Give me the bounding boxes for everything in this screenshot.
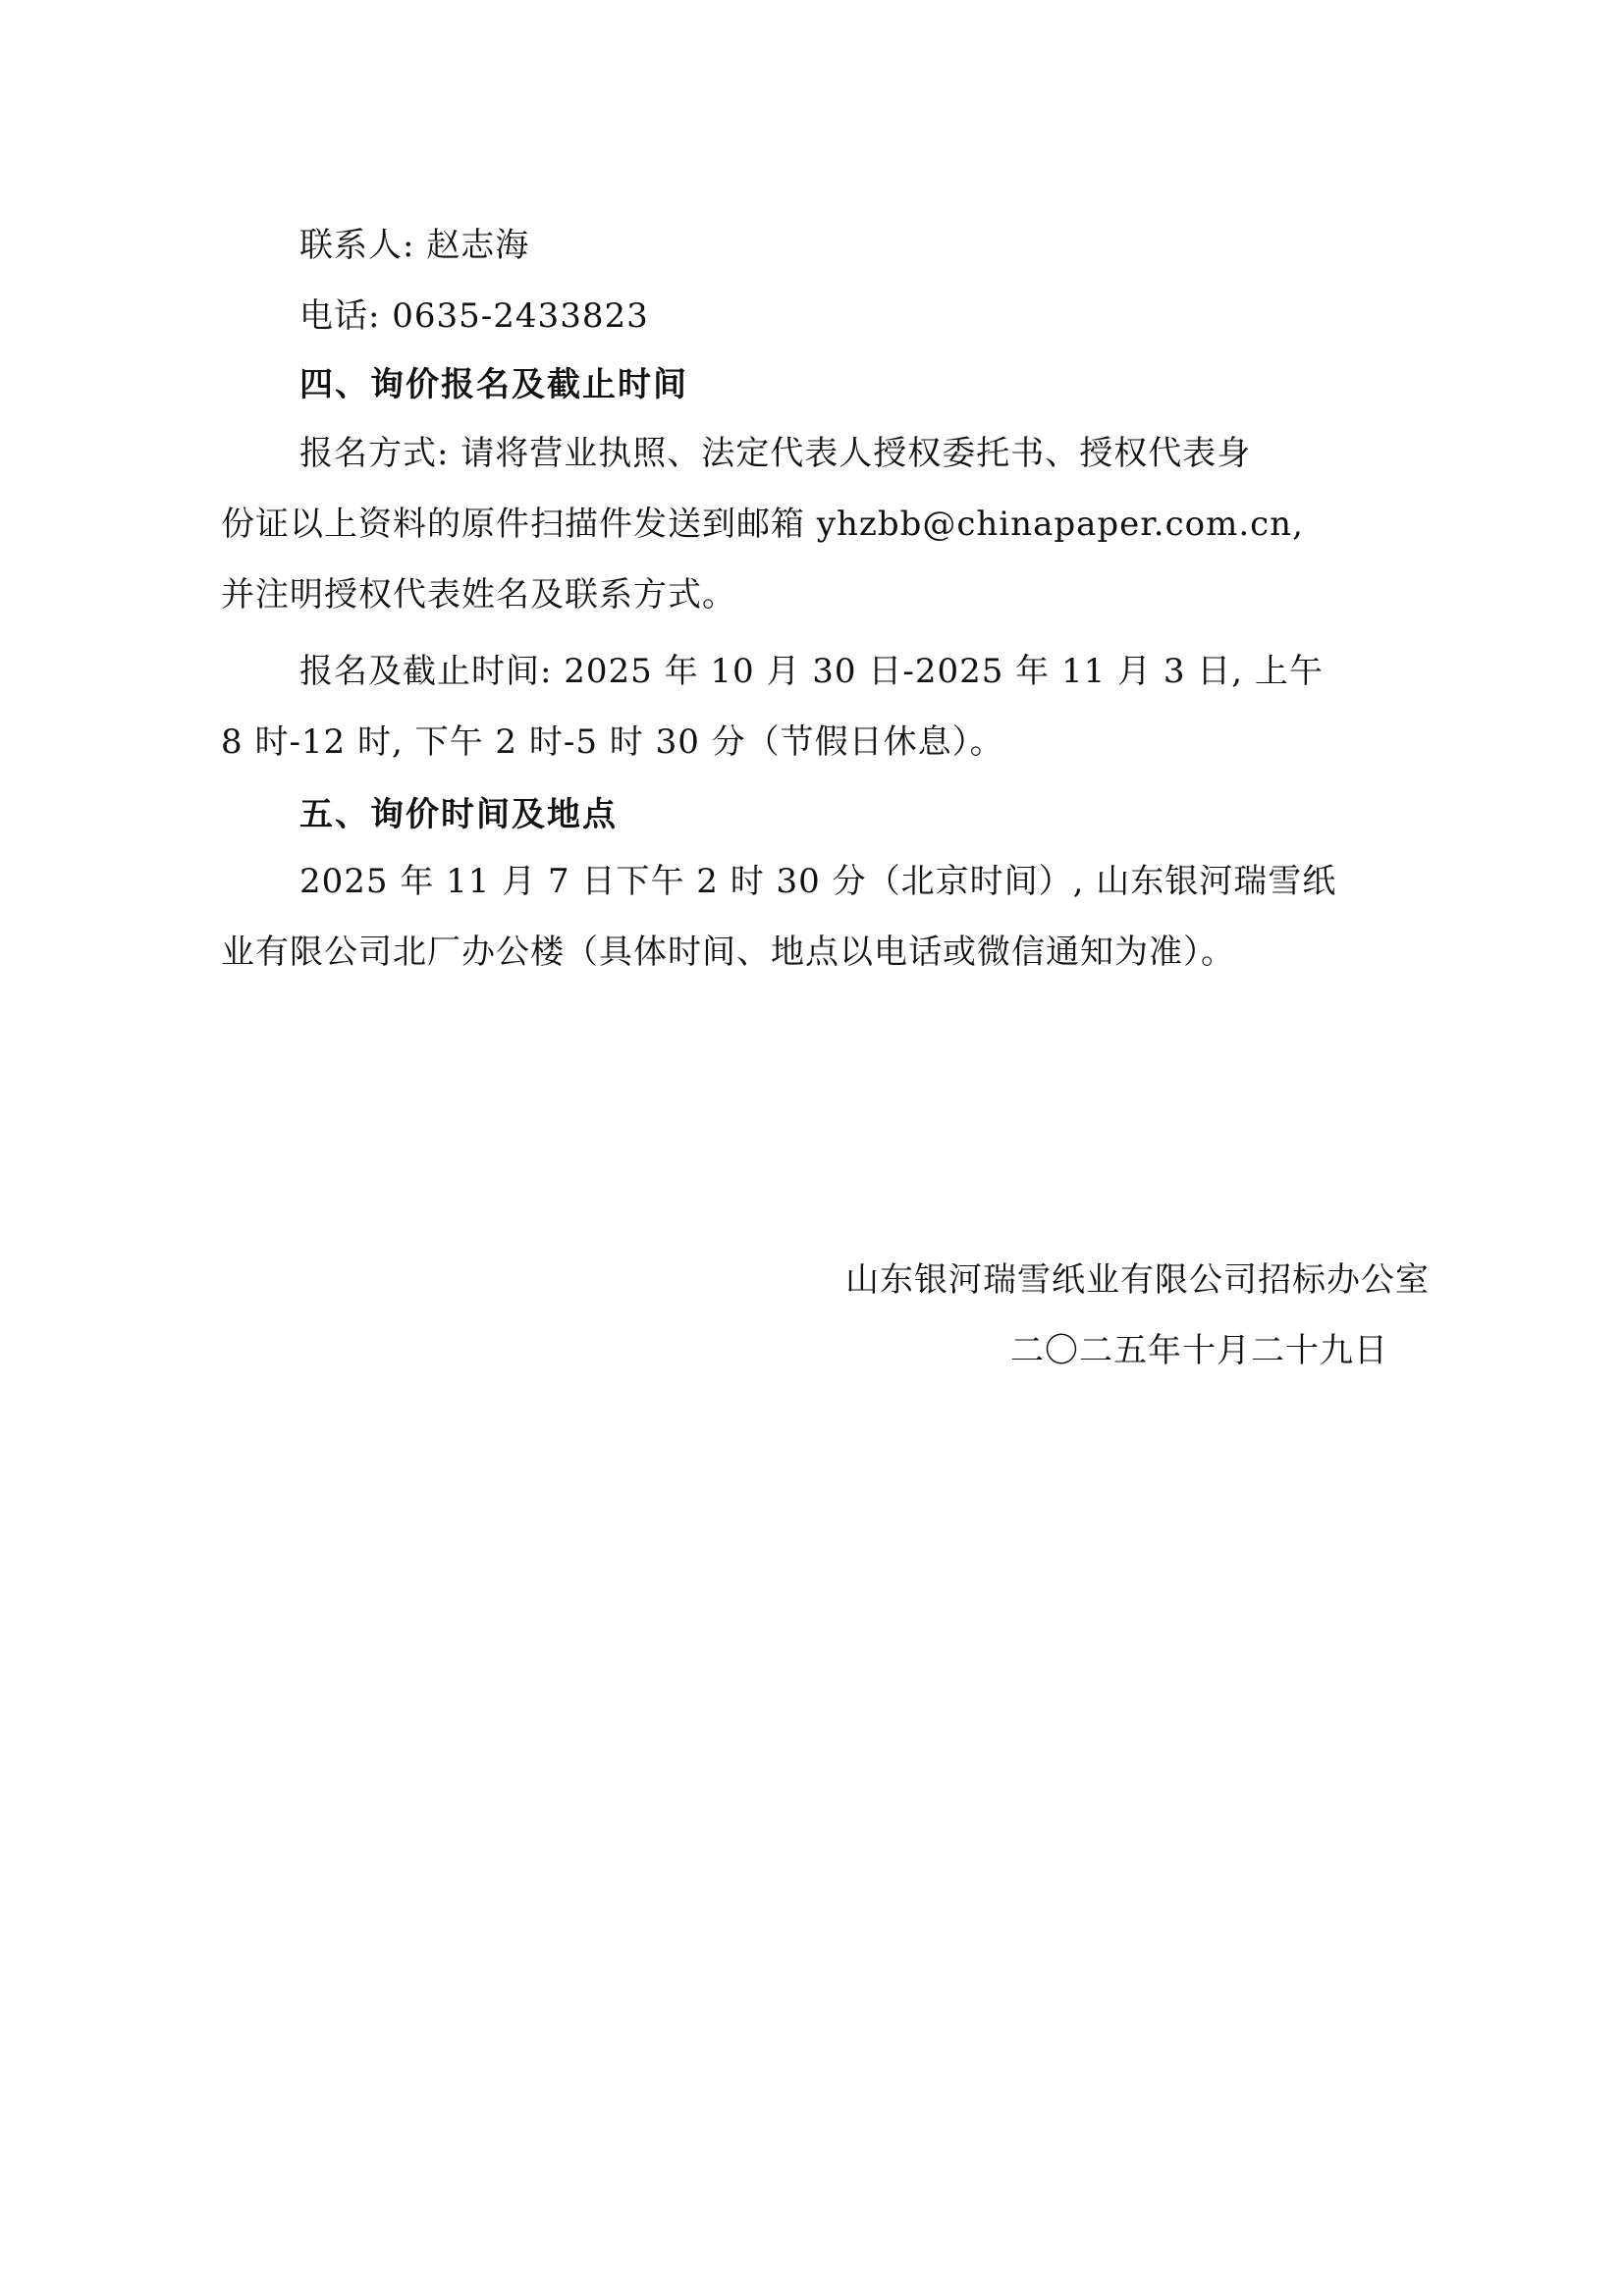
contact-person-line: 联系人: 赵志海: [299, 224, 529, 267]
contact-phone-line: 电话: 0635-2433823: [299, 294, 649, 338]
signature-date: 二〇二五年十月二十九日: [1010, 1329, 1388, 1372]
contact-person-label: 联系人:: [299, 226, 414, 265]
section-4-heading: 四、询价报名及截止时间: [299, 363, 688, 406]
document-page: 联系人: 赵志海 电话: 0635-2433823 四、询价报名及截止时间 报名…: [0, 0, 1624, 2296]
contact-person-name: 赵志海: [426, 226, 529, 265]
inquiry-time-place-line-1: 2025 年 11 月 7 日下午 2 时 30 分（北京时间）, 山东银河瑞雪…: [299, 860, 1336, 903]
contact-phone-number: 0635-2433823: [392, 296, 648, 336]
section-5-heading: 五、询价时间及地点: [299, 793, 618, 836]
inquiry-time-place-line-2: 业有限公司北厂办公楼（具体时间、地点以电话或微信通知为准）。: [221, 931, 1429, 974]
signature-organization: 山东银河瑞雪纸业有限公司招标办公室: [845, 1258, 1430, 1302]
contact-phone-label: 电话:: [299, 296, 380, 336]
registration-method-line-1: 报名方式: 请将营业执照、法定代表人授权委托书、授权代表身: [299, 432, 1251, 475]
registration-deadline-line-1: 报名及截止时间: 2025 年 10 月 30 日-2025 年 11 月 3 …: [299, 650, 1324, 693]
registration-deadline-line-2: 8 时-12 时, 下午 2 时-5 时 30 分（节假日休息）。: [221, 721, 1429, 764]
registration-method-line-3: 并注明授权代表姓名及联系方式。: [221, 573, 1429, 616]
registration-method-line-2: 份证以上资料的原件扫描件发送到邮箱 yhzbb@chinapaper.com.c…: [221, 503, 1429, 546]
